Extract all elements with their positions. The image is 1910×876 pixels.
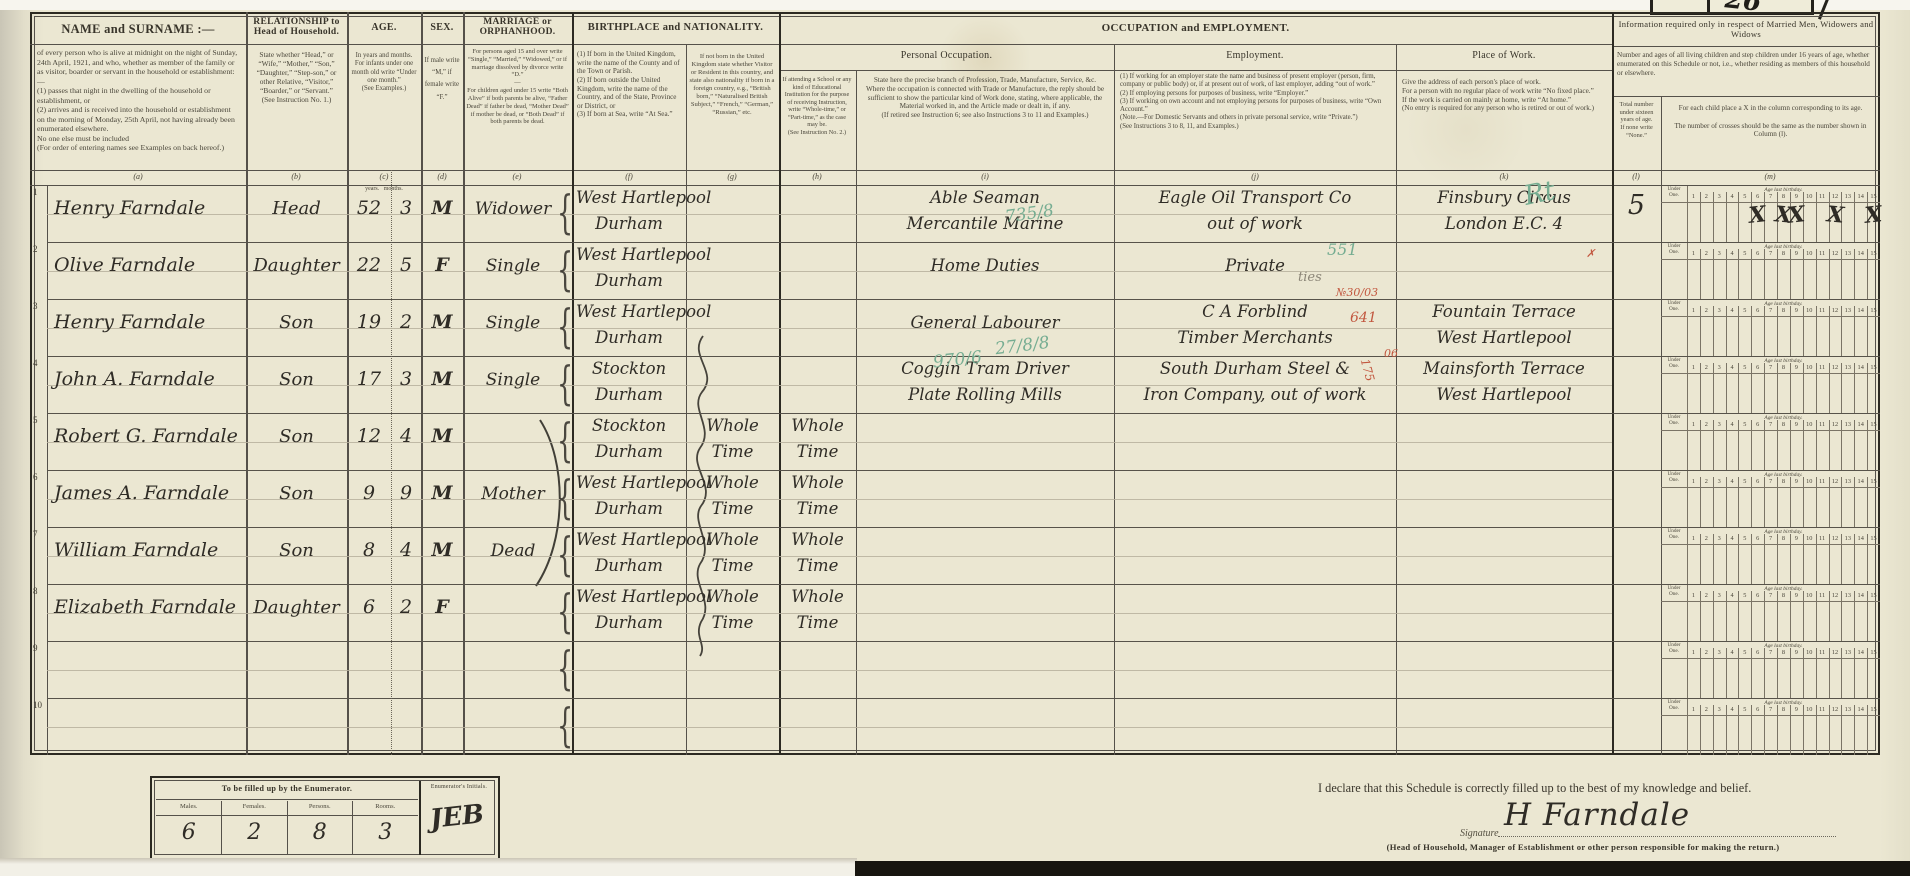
grid-age-number: 11 (1816, 592, 1829, 599)
nationality-entry: Time (690, 613, 775, 632)
annotation-r2_emp_ghost: ties (1298, 270, 1322, 285)
place-of-work-entry: Mainsforth Terrace (1400, 359, 1608, 378)
grid-age-number: 2 (1700, 649, 1713, 656)
grid-age-number: 8 (1777, 592, 1790, 599)
enumerator-box: To be filled up by the Enumerator. Enume… (150, 776, 500, 860)
grid-age-number: 14 (1854, 250, 1867, 257)
grid-age-number: 15 (1867, 535, 1880, 542)
grid-age-number: 15 (1867, 706, 1880, 713)
grid-age-number: 10 (1803, 649, 1816, 656)
nationality-entry: Time (690, 556, 775, 575)
stamp-marks: 26 (1724, 0, 1763, 15)
grid-age-number: 1 (1687, 535, 1700, 542)
grid-age-number: 7 (1764, 649, 1777, 656)
grid-under-one-label: Under One. (1662, 415, 1686, 427)
birthplace-entry: Durham (576, 328, 682, 347)
grid-age-number: 13 (1841, 478, 1854, 485)
grid-age-number: 9 (1790, 478, 1803, 485)
relationship-entry: Son (246, 483, 347, 504)
school-attendance-entry: Time (783, 499, 852, 518)
occupation-entry: Able Seaman (860, 188, 1110, 207)
age-years-entry: 22 (347, 254, 391, 276)
col-header-birthplace: BIRTHPLACE and NATIONALITY. (572, 22, 779, 33)
grid-age-number: 15 (1867, 307, 1880, 314)
annotation-r1_place_mark: ✗ (1586, 247, 1595, 260)
name-entry: Robert G. Farndale (54, 425, 242, 447)
grid-age-number: 13 (1841, 535, 1854, 542)
grid-age-number: 7 (1764, 250, 1777, 257)
row-number: 5 (33, 415, 46, 425)
grid-age-number: 7 (1764, 535, 1777, 542)
name-entry: William Farndale (54, 539, 242, 561)
annotation-r1_emp_code: 551 (1327, 240, 1358, 259)
declaration-text: I declare that this Schedule is correctl… (1318, 781, 1834, 796)
school-attendance-entry: Time (783, 613, 852, 632)
school-attendance-entry: Time (783, 442, 852, 461)
birthplace-brace: { (557, 357, 567, 409)
grid-under-one-label: Under One. (1662, 700, 1686, 712)
grid-age-number: 8 (1777, 250, 1790, 257)
grid-age-number: 15 (1867, 592, 1880, 599)
col-desc-birthplace-uk: (1) If born in the United Kingdom, write… (577, 50, 681, 119)
column-letter-marriage: (e) (497, 172, 537, 181)
place-of-work-entry: West Hartlepool (1400, 385, 1608, 404)
grid-age-number: 6 (1751, 307, 1764, 314)
sex-entry: F (421, 596, 463, 618)
child-age-cross: X (1747, 201, 1768, 229)
declaration-note: (Head of Household, Manager of Establish… (1330, 842, 1836, 852)
age-years-entry: 19 (347, 311, 391, 333)
column-letter-total: (l) (1616, 172, 1656, 181)
grid-age-number: 2 (1700, 364, 1713, 371)
subcol-header-place-of-work: Place of Work. (1396, 50, 1612, 61)
grid-age-number: 10 (1803, 478, 1816, 485)
grid-age-number: 6 (1751, 649, 1764, 656)
grid-age-number: 8 (1777, 478, 1790, 485)
grid-age-number: 14 (1854, 649, 1867, 656)
grid-age-number: 15 (1867, 250, 1880, 257)
name-entry: Henry Farndale (54, 311, 242, 333)
grid-age-number: 12 (1829, 592, 1842, 599)
grid-age-number: 12 (1829, 649, 1842, 656)
birthplace-entry: Durham (576, 385, 682, 404)
grid-age-number: 12 (1829, 535, 1842, 542)
grid-age-number: 5 (1738, 193, 1751, 200)
school-attendance-entry: Whole (783, 587, 852, 606)
annotation-r3_emp_code: №30/03 (1336, 286, 1378, 299)
birthplace-entry: West Hartlepool (576, 530, 682, 549)
grid-age-number: 11 (1816, 364, 1829, 371)
school-attendance-entry: Time (783, 556, 852, 575)
place-of-work-entry: West Hartlepool (1400, 328, 1608, 347)
occupation-entry: General Labourer (860, 313, 1110, 332)
grid-age-number: 4 (1726, 307, 1739, 314)
grid-age-number: 12 (1829, 364, 1842, 371)
grid-age-number: 11 (1816, 478, 1829, 485)
grid-age-number: 6 (1751, 478, 1764, 485)
grid-age-number: 5 (1738, 535, 1751, 542)
school-attendance-entry: Whole (783, 530, 852, 549)
grid-age-number: 7 (1764, 706, 1777, 713)
birthplace-brace: { (557, 642, 567, 694)
age-months-entry: 4 (391, 425, 421, 447)
grid-age-number: 9 (1790, 250, 1803, 257)
col-desc-place-of-work: Give the address of each person's place … (1402, 78, 1606, 113)
grid-age-number: 5 (1738, 706, 1751, 713)
grid-age-number: 8 (1777, 364, 1790, 371)
grid-age-number: 10 (1803, 193, 1816, 200)
birthplace-entry: Durham (576, 271, 682, 290)
grid-age-number: 1 (1687, 364, 1700, 371)
col-desc-married-children: Number and ages of all living children a… (1617, 51, 1875, 77)
grid-age-number: 14 (1854, 193, 1867, 200)
grid-age-number: 3 (1713, 478, 1726, 485)
child-age-cross: X (1824, 201, 1845, 229)
grid-age-number: 4 (1726, 592, 1739, 599)
grid-age-number: 5 (1738, 307, 1751, 314)
grid-age-number: 11 (1816, 250, 1829, 257)
nationality-entry: Time (690, 442, 775, 461)
marriage-entry: Single (463, 370, 563, 390)
grid-age-number: 2 (1700, 250, 1713, 257)
grid-under-one-label: Under One. (1662, 586, 1686, 598)
sex-entry: M (421, 425, 463, 447)
grid-age-number: 4 (1726, 421, 1739, 428)
age-years-entry: 6 (347, 596, 391, 618)
grid-age-number: 14 (1854, 307, 1867, 314)
grid-age-number: 7 (1764, 193, 1777, 200)
employment-entry: Eagle Oil Transport Co (1118, 188, 1392, 207)
birthplace-entry: Durham (576, 214, 682, 233)
grid-age-label: Age last birthday. (1687, 586, 1880, 592)
birthplace-brace: { (557, 300, 567, 352)
grid-age-number: 6 (1751, 250, 1764, 257)
grid-age-number: 3 (1713, 364, 1726, 371)
employment-entry: Iron Company, out of work (1118, 385, 1392, 404)
birthplace-entry: West Hartlepool (576, 587, 682, 606)
grid-age-number: 4 (1726, 706, 1739, 713)
grid-age-number: 13 (1841, 592, 1854, 599)
col-desc-sex: If male write “M,” if female write “F.” (423, 55, 461, 104)
grid-age-number: 8 (1777, 421, 1790, 428)
birthplace-entry: Stockton (576, 359, 682, 378)
col-header-occupation-employment: OCCUPATION and EMPLOYMENT. (779, 22, 1612, 34)
grid-age-number: 3 (1713, 193, 1726, 200)
age-months-entry: 3 (391, 368, 421, 390)
sex-entry: M (421, 482, 463, 504)
column-letter-sex: (d) (422, 172, 462, 181)
grid-age-number: 14 (1854, 592, 1867, 599)
relationship-entry: Son (246, 540, 347, 561)
grid-age-number: 12 (1829, 478, 1842, 485)
enumerator-count-entry: 8 (287, 820, 353, 845)
age-months-entry: 9 (391, 482, 421, 504)
school-attendance-entry: Whole (783, 473, 852, 492)
sex-entry: M (421, 311, 463, 333)
col-desc-occupation: State here the precise branch of Profess… (862, 76, 1108, 120)
enumerator-count-entry: 3 (353, 820, 419, 845)
grid-age-number: 1 (1687, 592, 1700, 599)
grid-age-number: 2 (1700, 535, 1713, 542)
grid-age-number: 6 (1751, 535, 1764, 542)
column-letter-relationship: (b) (276, 172, 316, 181)
child-age-cross: X (1786, 201, 1807, 229)
marriage-entry: Mother (463, 484, 563, 504)
grid-age-label: Age last birthday. (1687, 415, 1880, 421)
grid-age-number: 9 (1790, 649, 1803, 656)
grid-age-number: 3 (1713, 535, 1726, 542)
grid-age-number: 9 (1790, 706, 1803, 713)
grid-age-number: 10 (1803, 535, 1816, 542)
relationship-entry: Son (246, 369, 347, 390)
grid-age-number: 8 (1777, 706, 1790, 713)
birthplace-entry: Durham (576, 499, 682, 518)
column-letter-nationality: (g) (712, 172, 752, 181)
grid-age-number: 10 (1803, 364, 1816, 371)
grid-age-number: 2 (1700, 307, 1713, 314)
age-years-entry: 9 (347, 482, 391, 504)
row-number: 7 (33, 529, 46, 539)
birthplace-brace: { (557, 471, 567, 523)
enumerator-col-header: Rooms. (353, 803, 419, 810)
grid-age-number: 15 (1867, 478, 1880, 485)
grid-age-label: Age last birthday. (1687, 529, 1880, 535)
grid-age-label: Age last birthday. (1687, 301, 1880, 307)
grid-age-number: 13 (1841, 307, 1854, 314)
col-header-married-info: Information required only in respect of … (1614, 19, 1878, 39)
grid-under-one-label: Under One. (1662, 472, 1686, 484)
column-letter-employment: (j) (1235, 172, 1275, 181)
grid-age-number: 9 (1790, 193, 1803, 200)
col-desc-total-under-sixteen: Total number under sixteen years of age.… (1613, 101, 1660, 139)
col-header-marriage: MARRIAGE or ORPHANHOOD. (464, 17, 571, 37)
grid-age-number: 11 (1816, 535, 1829, 542)
age-years-entry: 8 (347, 539, 391, 561)
grid-age-number: 7 (1764, 307, 1777, 314)
grid-age-number: 11 (1816, 307, 1829, 314)
grid-age-number: 3 (1713, 706, 1726, 713)
nationality-entry: Whole (690, 416, 775, 435)
grid-age-number: 5 (1738, 649, 1751, 656)
enumerator-count-entry: 6 (156, 820, 222, 845)
grid-age-label: Age last birthday. (1687, 643, 1880, 649)
annotation-r4_emp_mark: 06 (1384, 347, 1398, 360)
birthplace-brace: { (557, 528, 567, 580)
column-letter-name: (a) (118, 172, 158, 181)
occupation-entry: Mercantile Marine (860, 214, 1110, 233)
grid-age-number: 10 (1803, 250, 1816, 257)
grid-age-number: 5 (1738, 592, 1751, 599)
name-entry: James A. Farndale (54, 482, 242, 504)
grid-age-number: 8 (1777, 307, 1790, 314)
employment-entry: Timber Merchants (1118, 328, 1392, 347)
grid-under-one-label: Under One. (1662, 244, 1686, 256)
school-attendance-entry: Whole (783, 416, 852, 435)
col-header-relationship: RELATIONSHIP to Head of Household. (247, 17, 346, 37)
relationship-entry: Son (246, 426, 347, 447)
relationship-entry: Son (246, 312, 347, 333)
nationality-entry: Whole (690, 530, 775, 549)
nationality-entry: Time (690, 499, 775, 518)
relationship-entry: Daughter (246, 597, 347, 618)
row-number: 1 (33, 187, 46, 197)
grid-under-one-label: Under One. (1662, 358, 1686, 370)
name-entry: Henry Farndale (54, 197, 242, 219)
scan-bottom-edge-dark (855, 861, 1910, 876)
grid-age-number: 3 (1713, 307, 1726, 314)
col-desc-cross-placement: For each child place a X in the column c… (1665, 104, 1876, 139)
grid-age-number: 5 (1738, 478, 1751, 485)
nationality-entry: Whole (690, 587, 775, 606)
grid-age-number: 15 (1867, 649, 1880, 656)
age-units-label: years. months. (347, 186, 421, 192)
grid-under-one-label: Under One. (1662, 643, 1686, 655)
grid-age-number: 4 (1726, 535, 1739, 542)
sex-entry: F (421, 254, 463, 276)
birthplace-entry: West Hartlepool (576, 473, 682, 492)
employment-entry: South Durham Steel & (1118, 359, 1392, 378)
nationality-entry: Whole (690, 473, 775, 492)
grid-age-number: 2 (1700, 421, 1713, 428)
grid-age-number: 6 (1751, 592, 1764, 599)
age-months-entry: 4 (391, 539, 421, 561)
annotation-r3_emp_code2: 641 (1350, 310, 1377, 326)
grid-age-number: 6 (1751, 706, 1764, 713)
grid-age-number: 15 (1867, 421, 1880, 428)
employment-entry: out of work (1118, 214, 1392, 233)
occupation-entry: Plate Rolling Mills (860, 385, 1110, 404)
row-number: 6 (33, 472, 46, 482)
children-total-entry: 5 (1612, 190, 1661, 221)
age-years-entry: 12 (347, 425, 391, 447)
grid-age-number: 8 (1777, 535, 1790, 542)
grid-age-number: 5 (1738, 250, 1751, 257)
age-years-entry: 17 (347, 368, 391, 390)
child-age-cross: X (1863, 201, 1884, 229)
grid-age-number: 9 (1790, 535, 1803, 542)
grid-age-number: 1 (1687, 421, 1700, 428)
grid-age-number: 12 (1829, 193, 1842, 200)
birthplace-entry: West Hartlepool (576, 188, 682, 207)
grid-age-number: 15 (1867, 364, 1880, 371)
grid-age-number: 13 (1841, 706, 1854, 713)
column-letter-occupation: (i) (965, 172, 1005, 181)
birthplace-brace: { (557, 585, 567, 637)
birthplace-brace: { (557, 243, 567, 295)
grid-age-number: 9 (1790, 421, 1803, 428)
birthplace-entry: Stockton (576, 416, 682, 435)
grid-age-number: 7 (1764, 592, 1777, 599)
grid-age-number: 9 (1790, 307, 1803, 314)
sex-entry: M (421, 539, 463, 561)
grid-age-number: 13 (1841, 364, 1854, 371)
col-header-sex: SEX. (421, 22, 463, 33)
grid-under-one-label: Under One. (1662, 529, 1686, 541)
grid-age-number: 7 (1764, 421, 1777, 428)
col-desc-employment: (1) If working for an employer state the… (1120, 73, 1392, 131)
name-entry: Olive Farndale (54, 254, 242, 276)
grid-age-number: 10 (1803, 592, 1816, 599)
grid-age-number: 14 (1854, 535, 1867, 542)
grid-age-number: 3 (1713, 421, 1726, 428)
grid-age-number: 10 (1803, 307, 1816, 314)
grid-age-number: 4 (1726, 250, 1739, 257)
grid-age-number: 1 (1687, 307, 1700, 314)
subcol-header-employment: Employment. (1114, 50, 1396, 61)
enumerator-count-entry: 2 (222, 820, 288, 845)
subcol-header-personal-occupation: Personal Occupation. (779, 50, 1114, 61)
occupation-entry: Home Duties (860, 256, 1110, 275)
grid-age-number: 12 (1829, 250, 1842, 257)
place-of-work-entry: Fountain Terrace (1400, 302, 1608, 321)
grid-age-number: 14 (1854, 478, 1867, 485)
grid-age-number: 1 (1687, 706, 1700, 713)
row-number: 3 (33, 301, 46, 311)
grid-age-number: 4 (1726, 649, 1739, 656)
marriage-entry: Single (463, 256, 563, 276)
grid-age-label: Age last birthday. (1687, 472, 1880, 478)
grid-age-number: 4 (1726, 364, 1739, 371)
grid-age-number: 6 (1751, 364, 1764, 371)
enumerator-col-header: Persons. (287, 803, 353, 810)
grid-age-number: 15 (1867, 193, 1880, 200)
relationship-entry: Daughter (246, 255, 347, 276)
age-months-entry: 3 (391, 197, 421, 219)
grid-under-one-label: Under One. (1662, 187, 1686, 199)
grid-age-number: 13 (1841, 649, 1854, 656)
birthplace-brace: { (557, 699, 567, 751)
sex-entry: M (421, 368, 463, 390)
grid-age-label: Age last birthday. (1687, 700, 1880, 706)
age-months-entry: 2 (391, 596, 421, 618)
column-letter-grid: (m) (1750, 172, 1790, 181)
grid-age-number: 13 (1841, 421, 1854, 428)
annotation-header_scribble: Rt (1521, 175, 1558, 212)
grid-age-number: 8 (1777, 193, 1790, 200)
grid-age-number: 2 (1700, 706, 1713, 713)
grid-under-one-label: Under One. (1662, 301, 1686, 313)
col-desc-marriage: For persons aged 15 and over write “Sing… (466, 48, 569, 126)
col-desc-age: In years and months. For infants under o… (350, 52, 418, 93)
grid-age-number: 9 (1790, 364, 1803, 371)
grid-age-label: Age last birthday. (1687, 187, 1880, 193)
grid-age-number: 1 (1687, 193, 1700, 200)
col-header-age: AGE. (347, 22, 421, 33)
grid-age-number: 3 (1713, 250, 1726, 257)
grid-age-number: 1 (1687, 250, 1700, 257)
age-years-entry: 52 (347, 197, 391, 219)
grid-age-number: 7 (1764, 364, 1777, 371)
grid-age-number: 11 (1816, 649, 1829, 656)
birthplace-entry: Durham (576, 442, 682, 461)
grid-age-number: 14 (1854, 421, 1867, 428)
relationship-entry: Head (246, 198, 347, 219)
sex-entry: M (421, 197, 463, 219)
grid-age-number: 10 (1803, 421, 1816, 428)
col-desc-school: If attending a School or any kind of Edu… (782, 76, 852, 137)
row-number: 2 (33, 244, 46, 254)
grid-age-number: 11 (1816, 193, 1829, 200)
scan-top-edge (0, 0, 1910, 10)
marriage-entry: Single (463, 313, 563, 333)
grid-age-number: 6 (1751, 421, 1764, 428)
birthplace-entry: Durham (576, 613, 682, 632)
row-number: 9 (33, 643, 46, 653)
birthplace-entry: West Hartlepool (576, 302, 682, 321)
name-entry: John A. Farndale (54, 368, 242, 390)
name-entry: Elizabeth Farndale (54, 596, 242, 618)
row-number: 4 (33, 358, 46, 368)
